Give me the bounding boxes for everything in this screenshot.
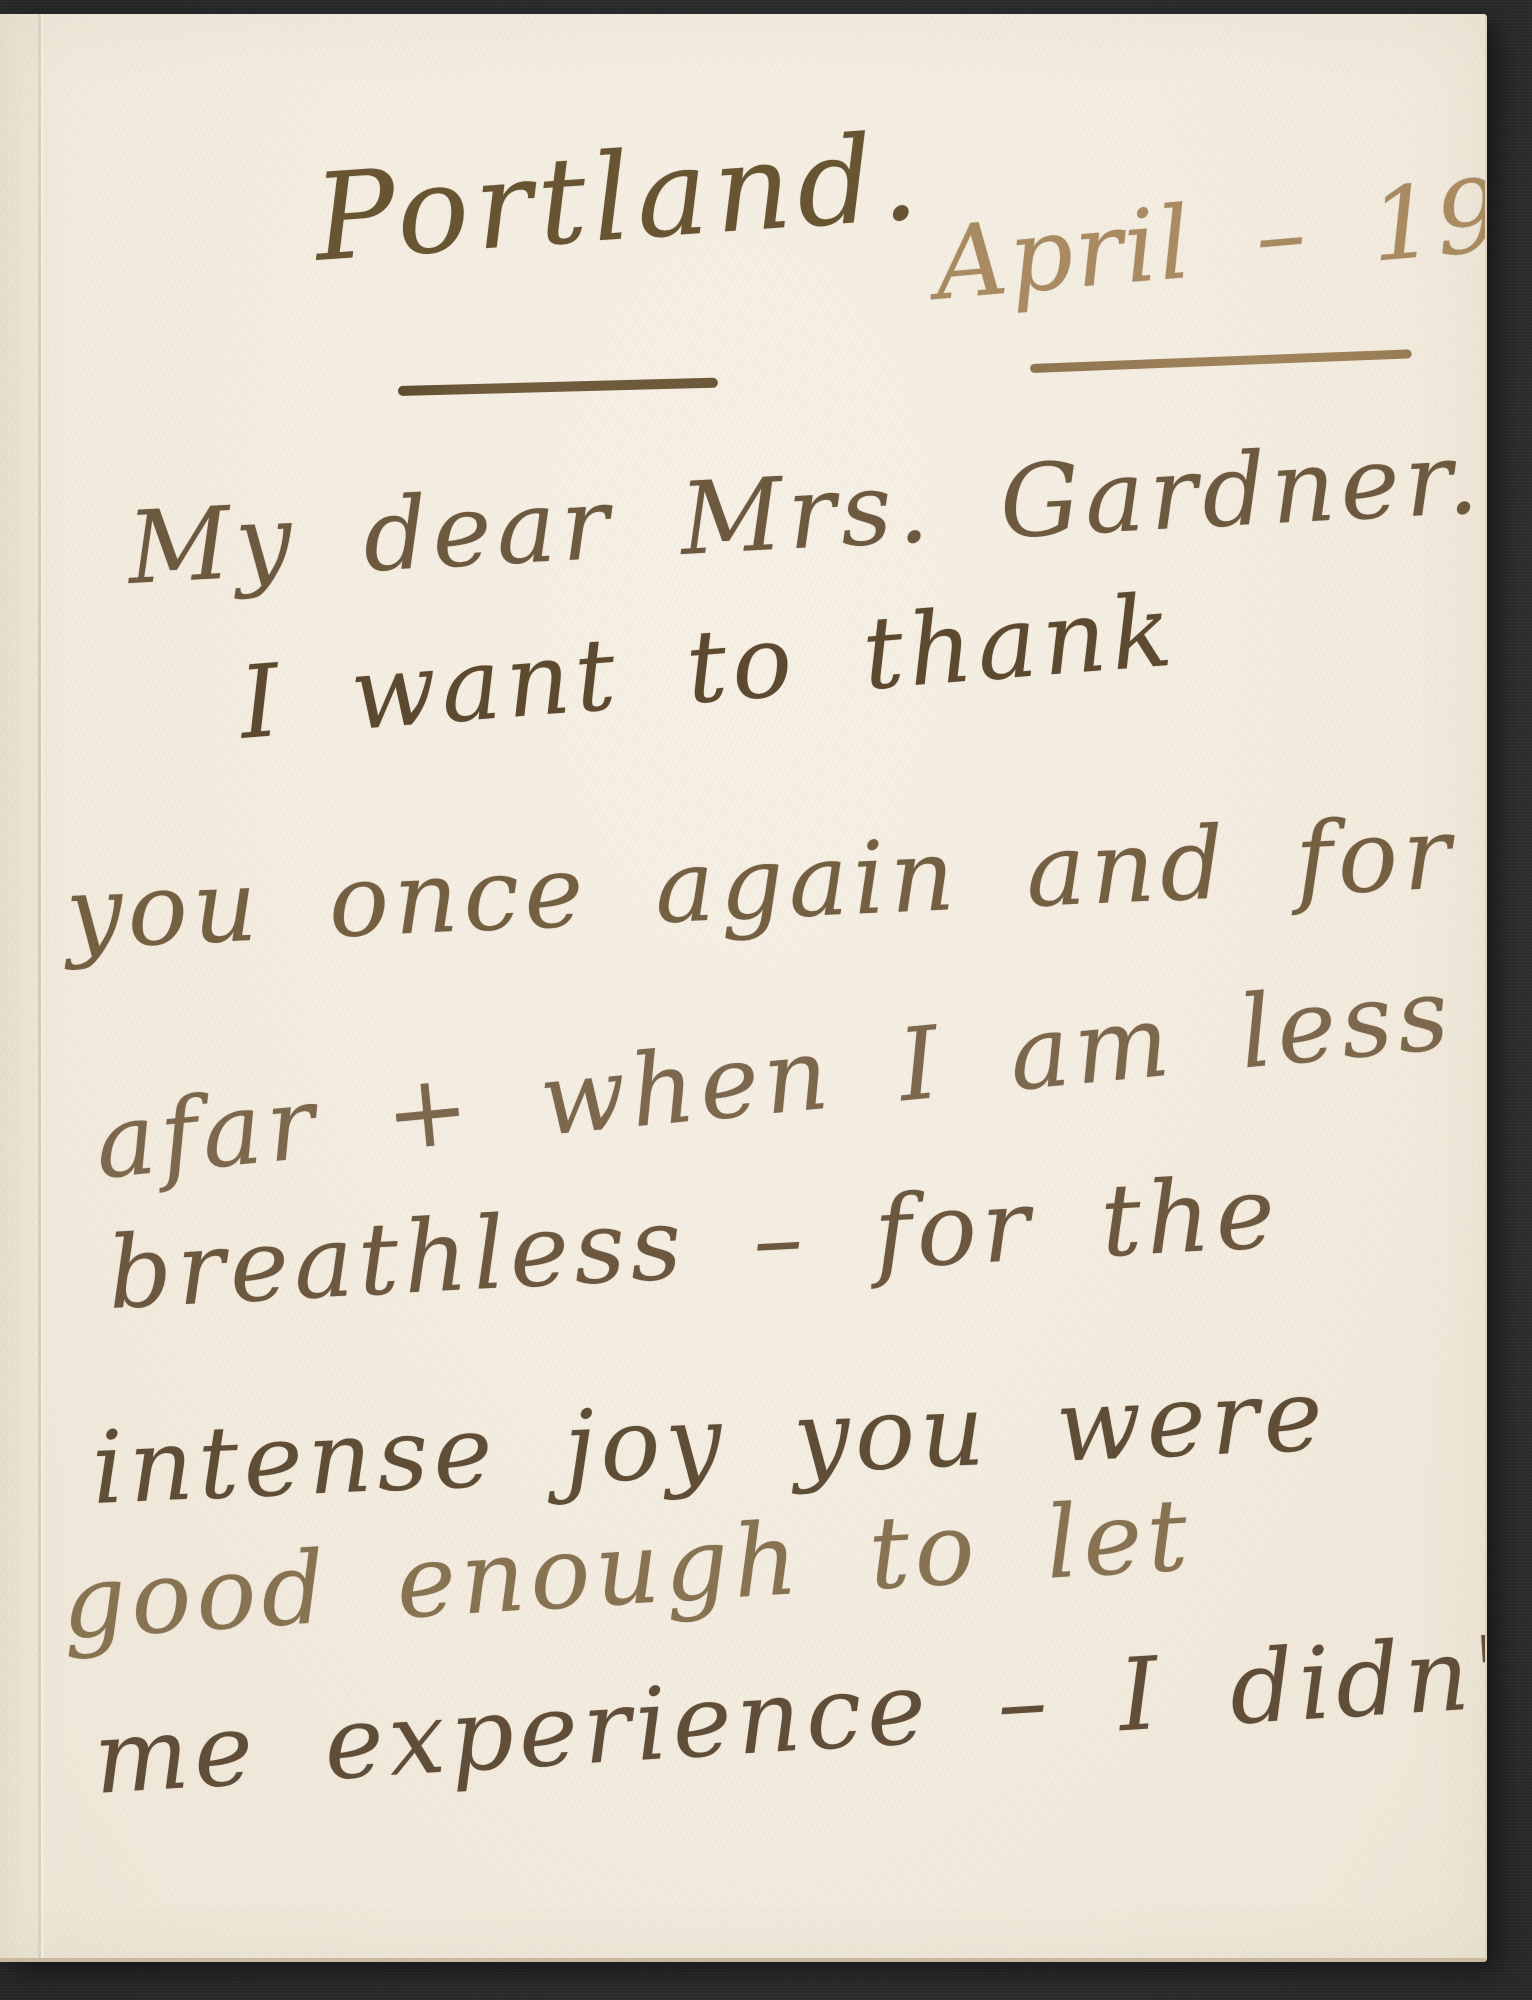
photo-background: Portland. April – 1902. My dear Mrs. Gar… [0, 0, 1532, 2000]
heading-date-underline [1030, 349, 1412, 373]
heading-date: April – 1902. [930, 146, 1487, 320]
body-line: you once again and for [64, 798, 1458, 969]
heading-place-underline [398, 378, 718, 396]
letter-paper: Portland. April – 1902. My dear Mrs. Gar… [0, 14, 1487, 1962]
heading-place: Portland. [310, 112, 928, 286]
salutation: My dear Mrs. Gardner. [125, 423, 1486, 604]
fold-crease [38, 14, 41, 1958]
body-line: I want to thank [236, 575, 1181, 758]
